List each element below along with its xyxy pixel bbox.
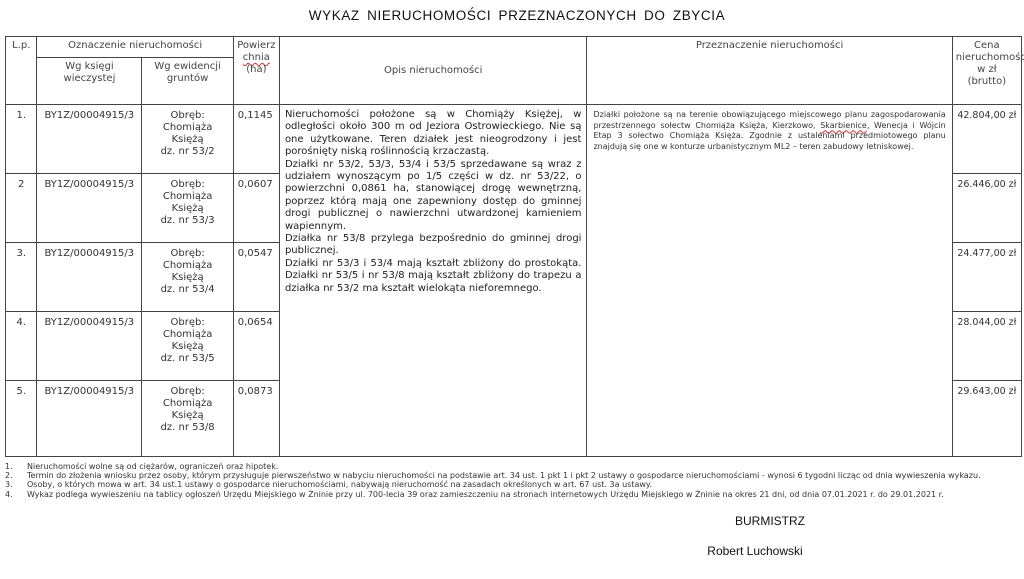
cell-cena: 28.044,00 zł [952, 312, 1021, 381]
parcel-number: dz. nr 53/8 [161, 422, 215, 433]
signature-name: Robert Luchowski [665, 544, 845, 558]
signature-title: BURMISTRZ [680, 514, 860, 528]
cell-przeznaczenie: Działki położone są na terenie obowiązuj… [587, 105, 952, 457]
cell-ksiega: BY1Z/00004915/3 [37, 174, 142, 243]
opis-paragraph: Działka nr 53/8 przylega bezpośrednio do… [285, 233, 582, 258]
obreb-name: Chomiąża Księżą [163, 191, 212, 214]
header-ksiega: Wg księgi wieczystej [37, 58, 142, 105]
cell-ksiega: BY1Z/00004915/3 [37, 381, 142, 457]
header-powierzchnia-unit: (ha) [246, 64, 266, 75]
header-cena-line2: w zł [977, 64, 996, 75]
header-cena: Cena nieruchomości w zł (brutto) [952, 37, 1021, 105]
footnote: 3.Osoby, o których mowa w art. 34 ust.1 … [5, 480, 1020, 489]
document-title: WYKAZ NIERUCHOMOŚCI PRZEZNACZONYCH DO ZB… [0, 8, 1024, 23]
footnote-text: Nieruchomości wolne są od ciężarów, ogra… [27, 462, 278, 471]
cell-ksiega: BY1Z/00004915/3 [37, 243, 142, 312]
parcel-number: dz. nr 53/5 [161, 353, 215, 364]
cell-ewidencja: Obręb: Chomiąża Księżą dz. nr 53/4 [142, 243, 233, 312]
opis-paragraph: Działki nr 53/3 i 53/4 mają kształt zbli… [285, 258, 582, 295]
cell-cena: 24.477,00 zł [952, 243, 1021, 312]
footnote-number: 4. [5, 490, 27, 499]
footnote-text: Osoby, o których mowa w art. 34 ust.1 us… [27, 480, 652, 489]
parcel-number: dz. nr 53/3 [161, 215, 215, 226]
footnote-number: 2. [5, 471, 27, 480]
header-powierzchnia-line1: Powierz [237, 40, 275, 51]
cell-powierzchnia: 0,0607 [233, 174, 279, 243]
cell-ewidencja: Obręb: Chomiąża Księżą dz. nr 53/3 [142, 174, 233, 243]
cell-cena: 26.446,00 zł [952, 174, 1021, 243]
cell-ksiega: BY1Z/00004915/3 [37, 312, 142, 381]
header-powierzchnia-line2: chnia [243, 52, 270, 63]
cell-cena: 42.804,00 zł [952, 105, 1021, 174]
cell-lp: 3. [6, 243, 37, 312]
header-powierzchnia: Powierz chnia (ha) [233, 37, 279, 105]
header-oznaczenie: Oznaczenie nieruchomości [37, 37, 233, 58]
cell-powierzchnia: 0,1145 [233, 105, 279, 174]
parcel-number: dz. nr 53/2 [161, 146, 215, 157]
header-cena-line1: Cena nieruchomości [956, 40, 1024, 63]
cell-lp: 4. [6, 312, 37, 381]
obreb-label: Obręb: [171, 317, 205, 328]
footnote-number: 1. [5, 462, 27, 471]
parcel-number: dz. nr 53/4 [161, 284, 215, 295]
opis-paragraph: Działki nr 53/2, 53/3, 53/4 i 53/5 sprze… [285, 159, 582, 233]
cell-ewidencja: Obręb: Chomiąża Księżą dz. nr 53/2 [142, 105, 233, 174]
footnote-text: Wykaz podlega wywieszeniu na tablicy ogł… [27, 490, 944, 499]
obreb-name: Chomiąża Księżą [163, 329, 212, 352]
obreb-name: Chomiąża Księżą [163, 260, 212, 283]
cell-ksiega: BY1Z/00004915/3 [37, 105, 142, 174]
obreb-name: Chomiąża Księżą [163, 122, 212, 145]
header-lp: L.p. [6, 37, 37, 105]
table-row: 1. BY1Z/00004915/3 Obręb: Chomiąża Księż… [6, 105, 1022, 174]
obreb-label: Obręb: [171, 179, 205, 190]
opis-paragraph: Nieruchomości położone są w Chomiąży Ksi… [285, 109, 582, 159]
obreb-label: Obręb: [171, 386, 205, 397]
cell-cena: 29.643,00 zł [952, 381, 1021, 457]
obreb-name: Chomiąża Księżą [163, 398, 212, 421]
przeznaczenie-flagged-word: Skarbienice [820, 121, 867, 130]
cell-lp: 1. [6, 105, 37, 174]
property-table: L.p. Oznaczenie nieruchomości Powierz ch… [5, 36, 1022, 457]
footnote: 1.Nieruchomości wolne są od ciężarów, og… [5, 462, 1020, 471]
cell-lp: 5. [6, 381, 37, 457]
header-cena-line3: (brutto) [968, 76, 1007, 87]
cell-powierzchnia: 0,0873 [233, 381, 279, 457]
footnote-number: 3. [5, 480, 27, 489]
header-przeznaczenie: Przeznaczenie nieruchomości [587, 37, 952, 105]
footnotes: 1.Nieruchomości wolne są od ciężarów, og… [5, 462, 1020, 499]
cell-lp: 2 [6, 174, 37, 243]
obreb-label: Obręb: [171, 110, 205, 121]
cell-powierzchnia: 0,0654 [233, 312, 279, 381]
footnote: 4.Wykaz podlega wywieszeniu na tablicy o… [5, 490, 1020, 499]
obreb-label: Obręb: [171, 248, 205, 259]
cell-powierzchnia: 0,0547 [233, 243, 279, 312]
cell-opis: Nieruchomości położone są w Chomiąży Ksi… [279, 105, 587, 457]
header-ewidencja: Wg ewidencji gruntów [142, 58, 233, 105]
header-opis: Opis nieruchomości [279, 37, 587, 105]
cell-ewidencja: Obręb: Chomiąża Księżą dz. nr 53/5 [142, 312, 233, 381]
cell-ewidencja: Obręb: Chomiąża Księżą dz. nr 53/8 [142, 381, 233, 457]
